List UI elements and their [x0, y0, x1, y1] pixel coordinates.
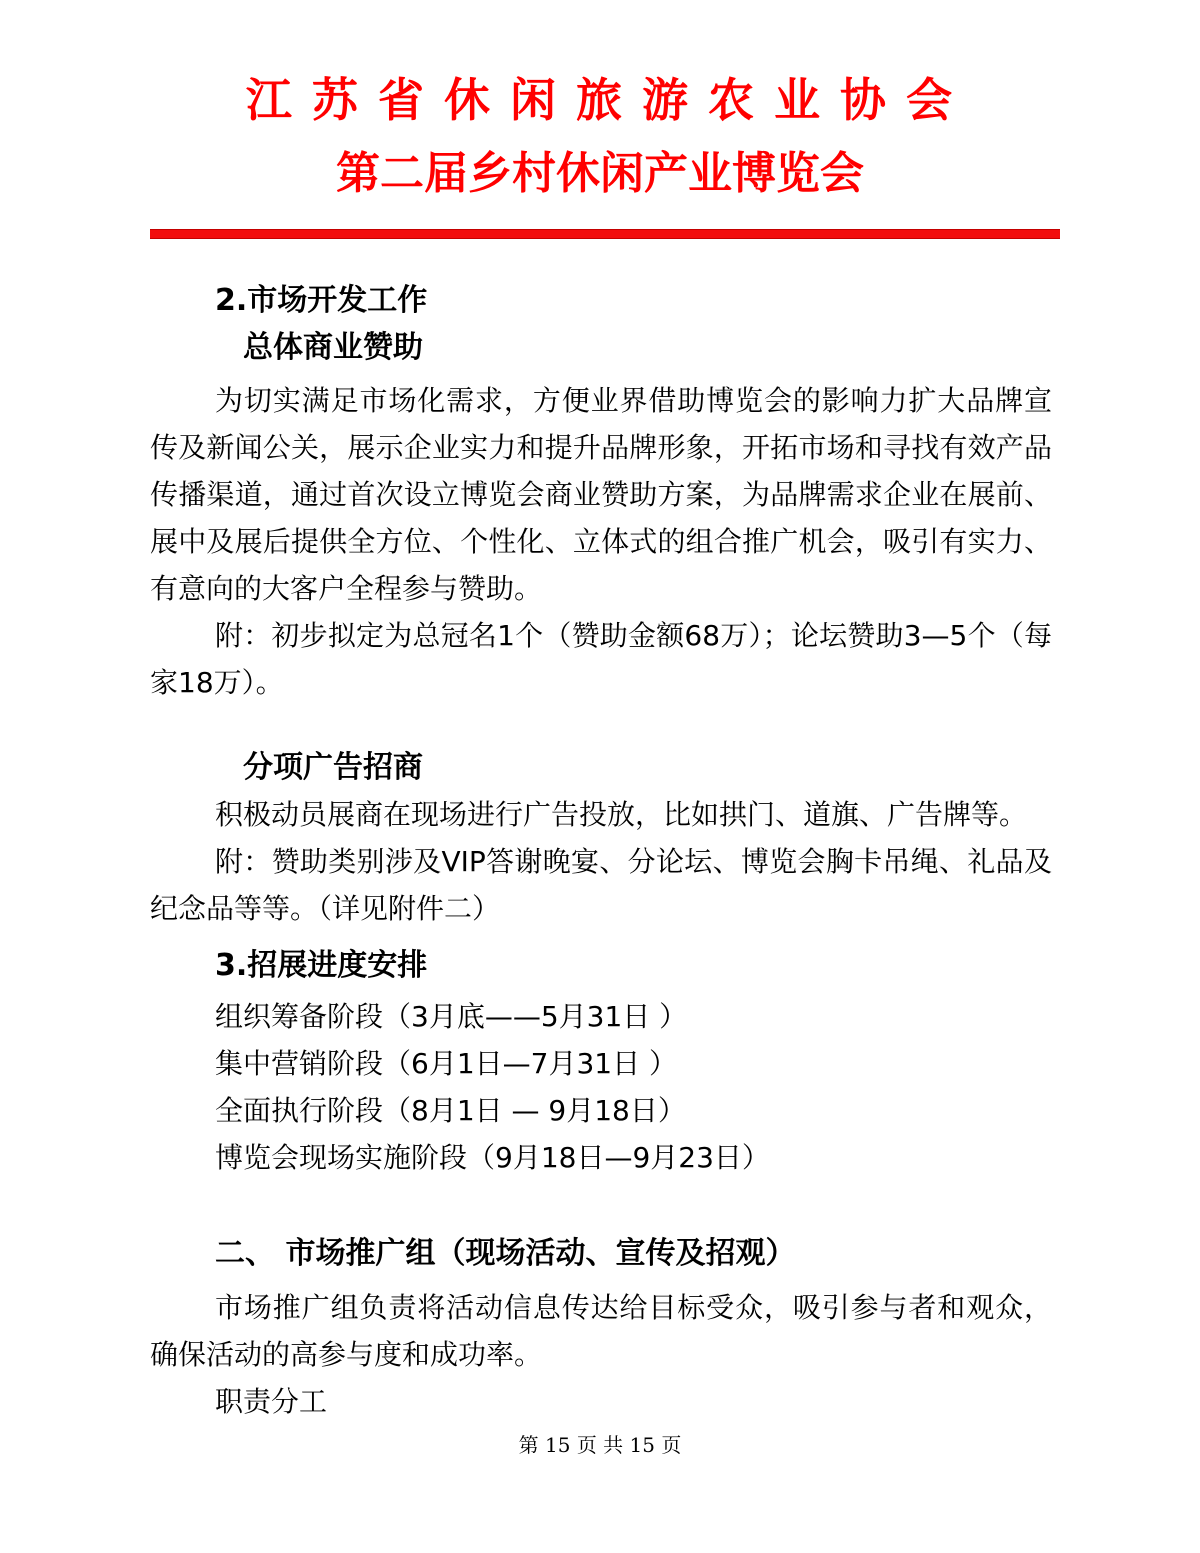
sponsorship-note: 附：初步拟定为总冠名1个（赞助金额68万）；论坛赞助3—5个（每家18万）。 [150, 612, 1052, 706]
page-footer: 第 15 页 共 15 页 [0, 1432, 1200, 1458]
group-2-subheading: 职责分工 [150, 1378, 1052, 1425]
schedule-item-onsite: 博览会现场实施阶段（9月18日—9月23日） [150, 1134, 1052, 1181]
ads-note: 附：赞助类别涉及VIP答谢晚宴、分论坛、博览会胸卡吊绳、礼品及纪念品等等。（详见… [150, 838, 1052, 932]
group-2-paragraph: 市场推广组负责将活动信息传达给目标受众，吸引参与者和观众，确保活动的高参与度和成… [150, 1284, 1052, 1378]
group-2-heading: 二、 市场推广组（现场活动、宣传及招观） [150, 1230, 1052, 1277]
schedule-list: 组织筹备阶段（3月底——5月31日 ） 集中营销阶段（6月1日—7月31日 ） … [150, 993, 1052, 1181]
section-2-heading: 2.市场开发工作 [150, 277, 1052, 324]
schedule-item-marketing: 集中营销阶段（6月1日—7月31日 ） [150, 1040, 1052, 1087]
section-3-heading: 3.招展进度安排 [150, 942, 1052, 989]
ads-heading: 分项广告招商 [150, 744, 1052, 791]
schedule-item-execution: 全面执行阶段（8月1日 — 9月18日） [150, 1087, 1052, 1134]
sponsorship-heading: 总体商业赞助 [150, 324, 1052, 371]
ads-paragraph: 积极动员展商在现场进行广告投放，比如拱门、道旗、广告牌等。 [150, 791, 1052, 838]
document-header: 江 苏 省 休 闲 旅 游 农 业 协 会 第二届乡村休闲产业博览会 [0, 0, 1200, 239]
page-number-label: 第 15 页 共 15 页 [519, 1433, 682, 1457]
document-body: 2.市场开发工作 总体商业赞助 为切实满足市场化需求，方便业界借助博览会的影响力… [150, 277, 1052, 1425]
expo-title: 第二届乡村休闲产业博览会 [0, 149, 1200, 199]
header-divider-rule [150, 229, 1060, 239]
sponsorship-paragraph: 为切实满足市场化需求，方便业界借助博览会的影响力扩大品牌宣传及新闻公关，展示企业… [150, 377, 1052, 612]
association-title: 江 苏 省 休 闲 旅 游 农 业 协 会 [0, 75, 1200, 125]
schedule-item-preparation: 组织筹备阶段（3月底——5月31日 ） [150, 993, 1052, 1040]
document-page: 江 苏 省 休 闲 旅 游 农 业 协 会 第二届乡村休闲产业博览会 2.市场开… [0, 0, 1200, 1553]
